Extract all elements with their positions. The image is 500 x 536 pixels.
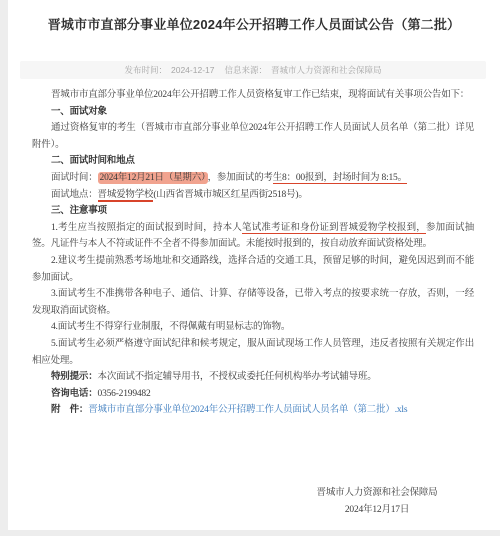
note2-paragraph: 2.建议考生提前熟悉考场地址和交通路线，选择合适的交通工具，预留足够的时间，避免… — [32, 253, 474, 286]
source-value: 晋城市人力资源和社会保障局 — [271, 64, 382, 76]
announcement-body: 晋城市市直部分事业单位2024年公开招聘工作人员资格复审工作已结束，现将面试有关… — [32, 87, 474, 419]
intro-paragraph: 晋城市市直部分事业单位2024年公开招聘工作人员资格复审工作已结束，现将面试有关… — [32, 87, 474, 104]
special-note-text: 本次面试不指定辅导用书，不授权或委托任何机构举办考试辅导班。 — [98, 372, 377, 382]
interview-place-label: 面试地点： — [51, 190, 98, 200]
note3-paragraph: 3.面试考生不准携带各种电子、通信、计算、存储等设备，已带入考点的按要求统一存放… — [32, 286, 474, 319]
signature-org: 晋城市人力资源和社会保障局 — [312, 485, 442, 502]
school-name-underline-mark: 晋城爱物学校 — [98, 190, 154, 203]
date-highlight-mark: 2024年12月21日（星期六） — [98, 172, 208, 184]
section2-heading: 二、面试时间和地点 — [32, 153, 474, 170]
credentials-underline-mark: 笔试准考证和身份证到晋城爱物学校报到， — [242, 223, 426, 235]
checkin-time-underline-mark: 生8：00报到，封场时间为 8:15。 — [273, 173, 407, 185]
note1-pre-text: 1.考生应当按照指定的面试报到时间，持本人 — [51, 223, 242, 233]
phone-number: 0356-2199482 — [98, 389, 151, 399]
announcement-page: 晋城市市直部分事业单位2024年公开招聘工作人员面试公告（第二批） 发布时间： … — [8, 0, 500, 519]
page-bottom-border — [0, 530, 500, 536]
note4-paragraph: 4.面试考生不得穿行业制服，不得佩戴有明显标志的饰物。 — [32, 319, 474, 336]
publish-time-value: 2024-12-17 — [171, 65, 214, 75]
page-title: 晋城市市直部分事业单位2024年公开招聘工作人员面试公告（第二批） — [44, 15, 464, 34]
publish-time-label: 发布时间： — [124, 64, 167, 76]
phone-label: 咨询电话： — [51, 389, 98, 399]
signature-date: 2024年12月17日 — [312, 502, 442, 519]
interview-time-line: 面试时间：2024年12月21日（星期六），参加面试的考生8：00报到，封场时间… — [32, 170, 474, 187]
signature-block: 晋城市人力资源和社会保障局 2024年12月17日 — [312, 485, 442, 519]
phone-line: 咨询电话：0356-2199482 — [32, 386, 474, 403]
attachment-line: 附 件：晋城市市直部分事业单位2024年公开招聘工作人员面试人员名单（第二批）.… — [32, 402, 474, 419]
interview-place-line: 面试地点：晋城爱物学校(山西省晋城市城区红星西街2518号)。 — [32, 187, 474, 204]
interview-time-label: 面试时间： — [51, 173, 98, 183]
attachment-label: 附 件： — [51, 405, 88, 415]
note5-paragraph: 5.面试考生必须严格遵守面试纪律和候考规定，服从面试现场工作人员管理，违反者按照… — [32, 336, 474, 369]
meta-bar: 发布时间： 2024-12-17 信息来源： 晋城市人力资源和社会保障局 — [20, 61, 486, 79]
interview-place-address: (山西省晋城市城区红星西街2518号)。 — [153, 190, 307, 200]
attachment-link[interactable]: 晋城市市直部分事业单位2024年公开招聘工作人员面试人员名单（第二批）.xls — [88, 405, 407, 415]
section1-paragraph: 通过资格复审的考生（晋城市市直部分事业单位2024年公开招聘工作人员面试人员名单… — [32, 120, 474, 153]
note1-paragraph: 1.考生应当按照指定的面试报到时间，持本人笔试准考证和身份证到晋城爱物学校报到，… — [32, 220, 474, 253]
section3-heading: 三、注意事项 — [32, 203, 474, 220]
section1-heading: 一、面试对象 — [32, 104, 474, 121]
special-note-label: 特别提示： — [51, 372, 98, 382]
page-left-border — [0, 0, 8, 536]
special-note-line: 特别提示：本次面试不指定辅导用书，不授权或委托任何机构举办考试辅导班。 — [32, 369, 474, 386]
source-label: 信息来源： — [224, 64, 267, 76]
interview-time-middle: ，参加面试的考 — [208, 173, 273, 183]
